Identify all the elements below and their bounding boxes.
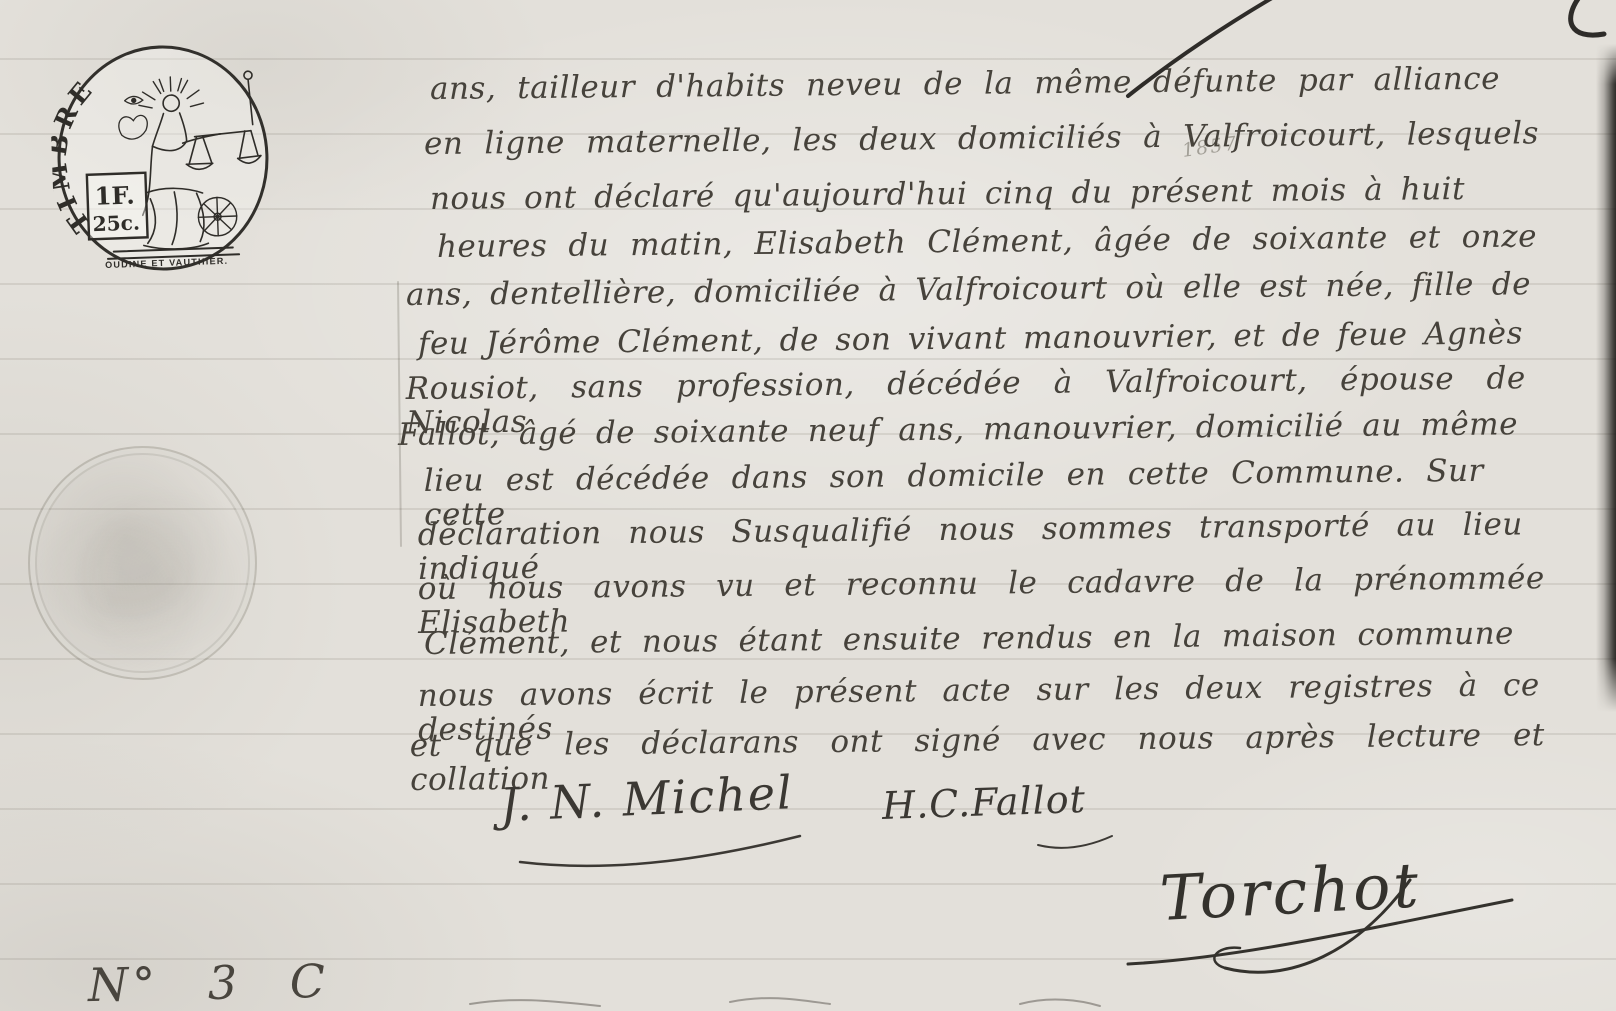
stamp-value-centimes: 25c. — [92, 210, 140, 236]
signature-torchot-loop — [1214, 948, 1240, 968]
next-line-trace-3 — [1020, 1000, 1100, 1006]
next-line-trace-1 — [470, 1000, 600, 1006]
next-entry-fragment: N° 3 C — [88, 954, 330, 1011]
stamp-value-box: 1F. 25c. — [87, 173, 148, 240]
signature-fallot-flourish — [1038, 836, 1112, 848]
wheel-icon — [198, 197, 238, 237]
page-edge-shadow — [1596, 44, 1616, 712]
manuscript-line-3: nous ont déclaré qu'aujourd'hui cinq du … — [430, 172, 1465, 216]
signature-torchot: Torchot — [1158, 848, 1423, 935]
embossed-seal — [28, 446, 257, 680]
manuscript-line-1: ans, tailleur d'habits neveu de la même … — [430, 62, 1500, 106]
signature-fallot: H.C.Fallot — [881, 777, 1086, 828]
register-page: TIMBRE — [0, 0, 1616, 1011]
manuscript-line-4: heures du matin, Elisabeth Clément, âgée… — [437, 219, 1537, 264]
next-line-trace-2 — [730, 998, 830, 1004]
revenue-stamp: TIMBRE — [48, 36, 278, 280]
paper-crease — [398, 282, 401, 546]
manuscript-line-5: ans, dentellière, domiciliée à Valfroico… — [406, 267, 1531, 312]
signature-michel: J. N. Michel — [499, 765, 795, 832]
manuscript-line-6: feu Jérôme Clément, de son vivant manouv… — [418, 316, 1523, 361]
manuscript-line-2: en ligne maternelle, les deux domiciliés… — [424, 116, 1539, 161]
signature-michel-flourish — [520, 836, 800, 866]
stamp-value-francs: 1F. — [94, 180, 135, 210]
pen-stroke-top-corner — [1571, 0, 1604, 35]
